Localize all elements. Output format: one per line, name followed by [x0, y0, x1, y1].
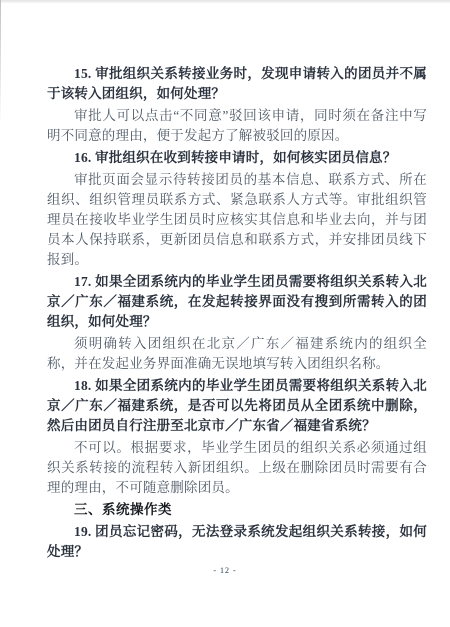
answer-16: 审批页面会显示待转接团员的基本信息、联系方式、所在组织、组织管理员联系方式、紧急… [47, 170, 427, 270]
section-heading-3: 三、系统操作类 [47, 500, 427, 520]
page-number: - 12 - [0, 566, 450, 575]
answer-17: 须明确转入团组织在北京／广东／福建系统内的组织全称，并在发起业务界面准确无误地填… [47, 334, 427, 374]
question-18: 18. 如果全团系统内的毕业学生团员需要将组织关系转入北京／广东／福建系统，是否… [47, 376, 427, 436]
question-19: 19. 团员忘记密码，无法登录系统发起组织关系转接，如何处理？ [47, 522, 427, 562]
answer-15: 审批人可以点击“不同意”驳回该申请，同时须在备注中写明不同意的理由，便于发起方了… [47, 106, 427, 146]
scan-edge-top [0, 0, 450, 3]
question-17: 17. 如果全团系统内的毕业学生团员需要将组织关系转入北京／广东／福建系统，在发… [47, 272, 427, 332]
document-page: 15. 审批组织关系转接业务时，发现申请转入的团员并不属于该转入团组织，如何处理… [0, 0, 450, 627]
question-15: 15. 审批组织关系转接业务时，发现申请转入的团员并不属于该转入团组织，如何处理… [47, 64, 427, 104]
scan-edge-left [0, 0, 1, 125]
page-content: 15. 审批组织关系转接业务时，发现申请转入的团员并不属于该转入团组织，如何处理… [47, 64, 427, 564]
question-16: 16. 审批组织在收到转接申请时，如何核实团员信息？ [47, 148, 427, 168]
answer-18: 不可以。根据要求，毕业学生团员的组织关系必须通过组织关系转接的流程转入新团组织。… [47, 438, 427, 498]
